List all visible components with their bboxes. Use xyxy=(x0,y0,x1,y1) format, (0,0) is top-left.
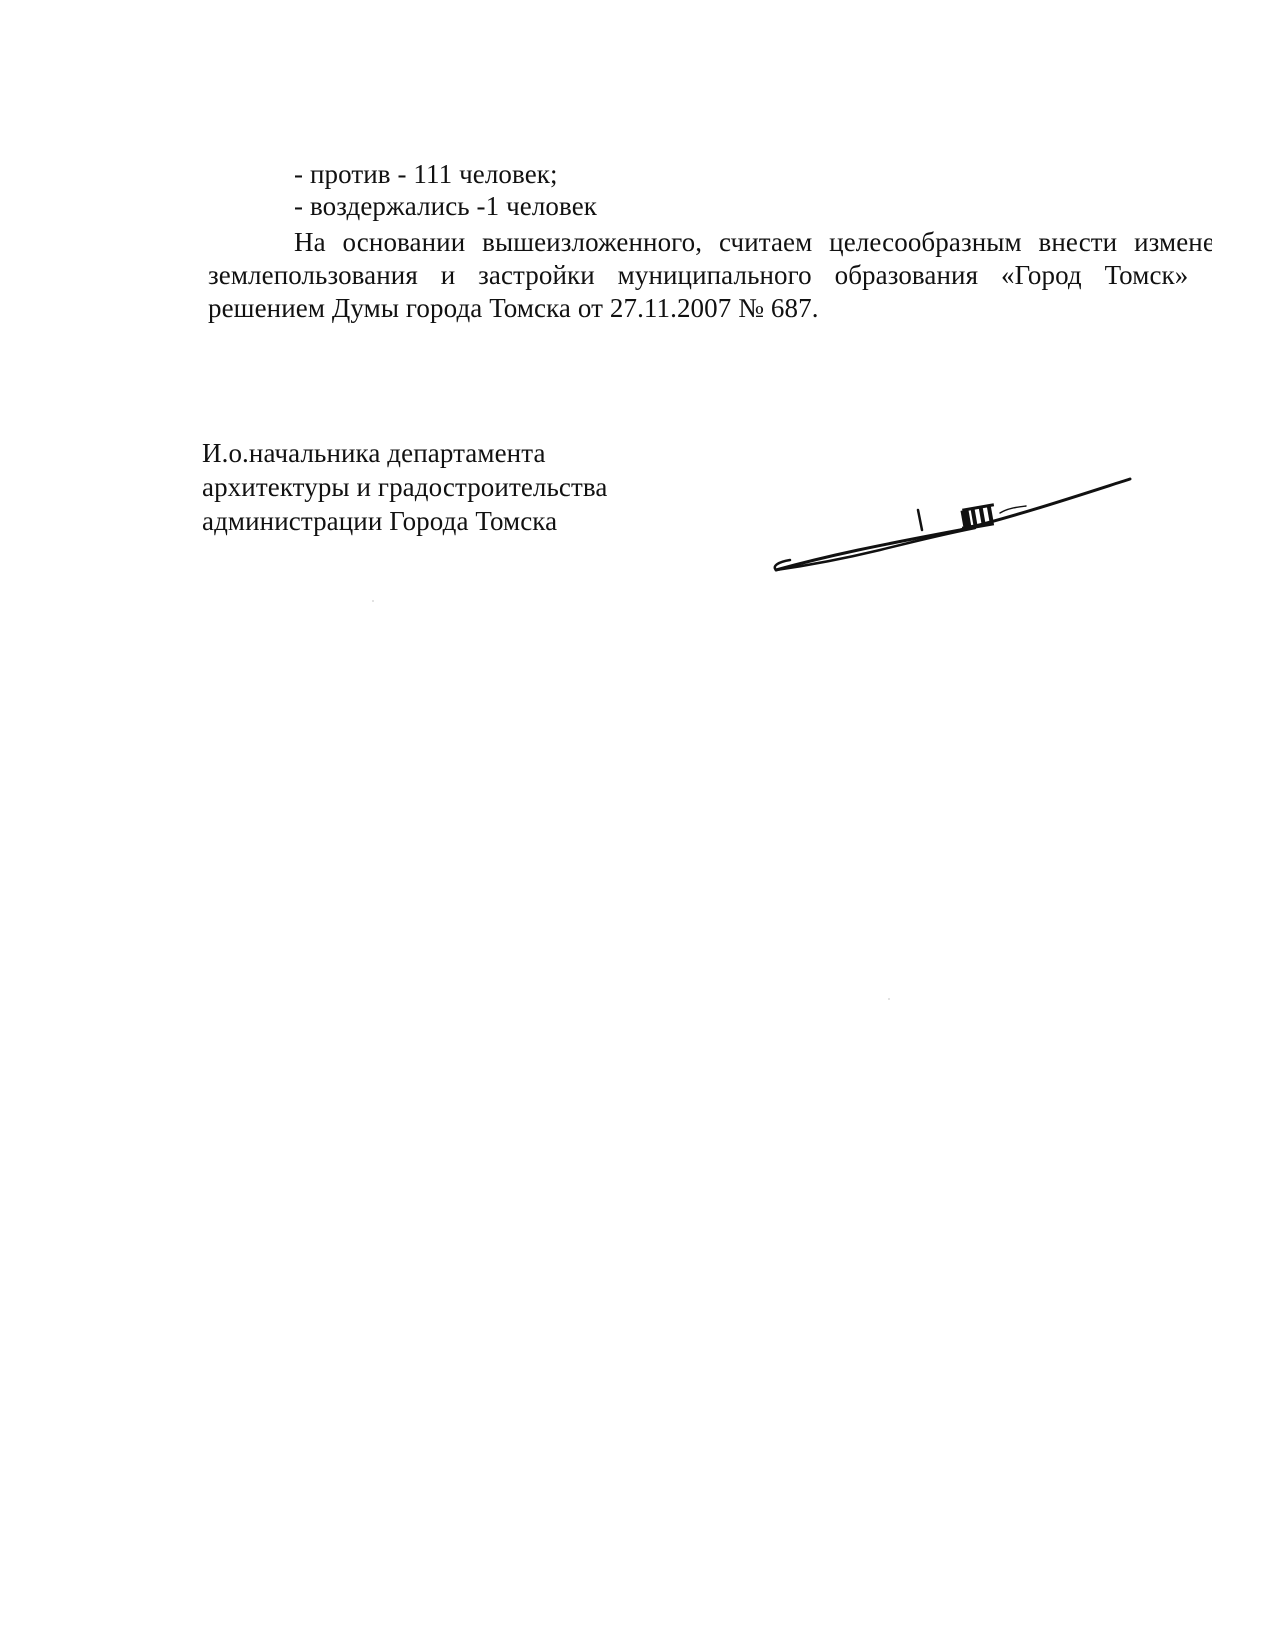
document-page: - против - 111 человек; - воздержались -… xyxy=(0,0,1212,1650)
signatory-position-line-1: И.о.начальника департамента xyxy=(202,437,546,470)
scan-speck xyxy=(372,600,374,602)
vote-abstained-line: - воздержались -1 человек xyxy=(294,190,597,223)
conclusion-line-1: На основании вышеизложенного, считаем це… xyxy=(294,226,1212,259)
signature-image xyxy=(760,460,1160,590)
conclusion-line-3: решением Думы города Томска от 27.11.200… xyxy=(208,292,819,325)
scan-speck xyxy=(888,998,890,1000)
conclusion-line-2: землепользования и застройки муниципальн… xyxy=(208,259,1188,292)
vote-against-line: - против - 111 человек; xyxy=(294,158,558,191)
signatory-position-line-3: администрации Города Томска xyxy=(202,505,557,538)
signatory-position-line-2: архитектуры и градостроительства xyxy=(202,471,607,504)
